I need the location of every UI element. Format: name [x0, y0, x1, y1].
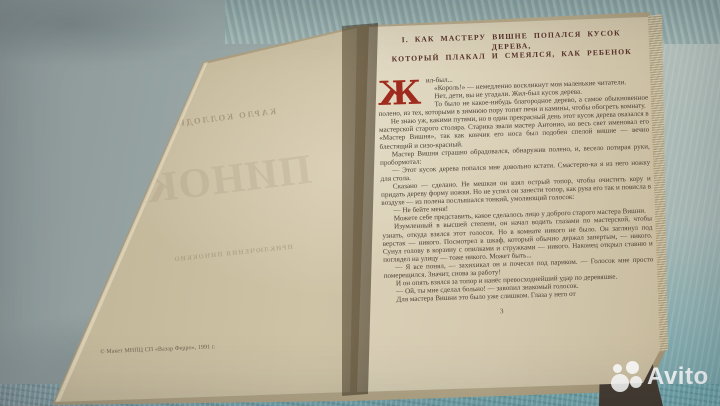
copyright-line: © Макет МНПЦ СП «Вазар Ферро», 1991 г.: [100, 343, 250, 356]
book-photo-scene: КАРЛО КОЛЛОДИ ПИНОККИО ПРИКЛЮЧЕНИЯ ПИНОК…: [0, 0, 720, 406]
dropcap-letter: Ж: [378, 78, 422, 107]
body-text: Ж ил-был... «Король!» — немедленно воскл…: [377, 69, 654, 304]
avito-watermark-text: Avito: [647, 363, 709, 391]
right-page-text-block: I. КАК МАСТЕРУ ВИШНЕ ПОПАЛСЯ КУСОК ДЕРЕВ…: [376, 24, 655, 320]
avito-logo-icon: [611, 361, 642, 392]
ghost-bleedthrough-title: ПИНОККИО: [104, 146, 314, 219]
ghost-bleedthrough-author: КАРЛО КОЛЛОДИ: [148, 103, 304, 132]
page-number: 3: [385, 304, 619, 319]
ghost-bleedthrough-subtitle: ПРИКЛЮЧЕНИЯ ПИНОККИО: [150, 241, 316, 265]
chapter-title: I. КАК МАСТЕРУ ВИШНЕ ПОПАЛСЯ КУСОК ДЕРЕВ…: [382, 28, 641, 65]
avito-watermark: Avito: [611, 361, 709, 392]
